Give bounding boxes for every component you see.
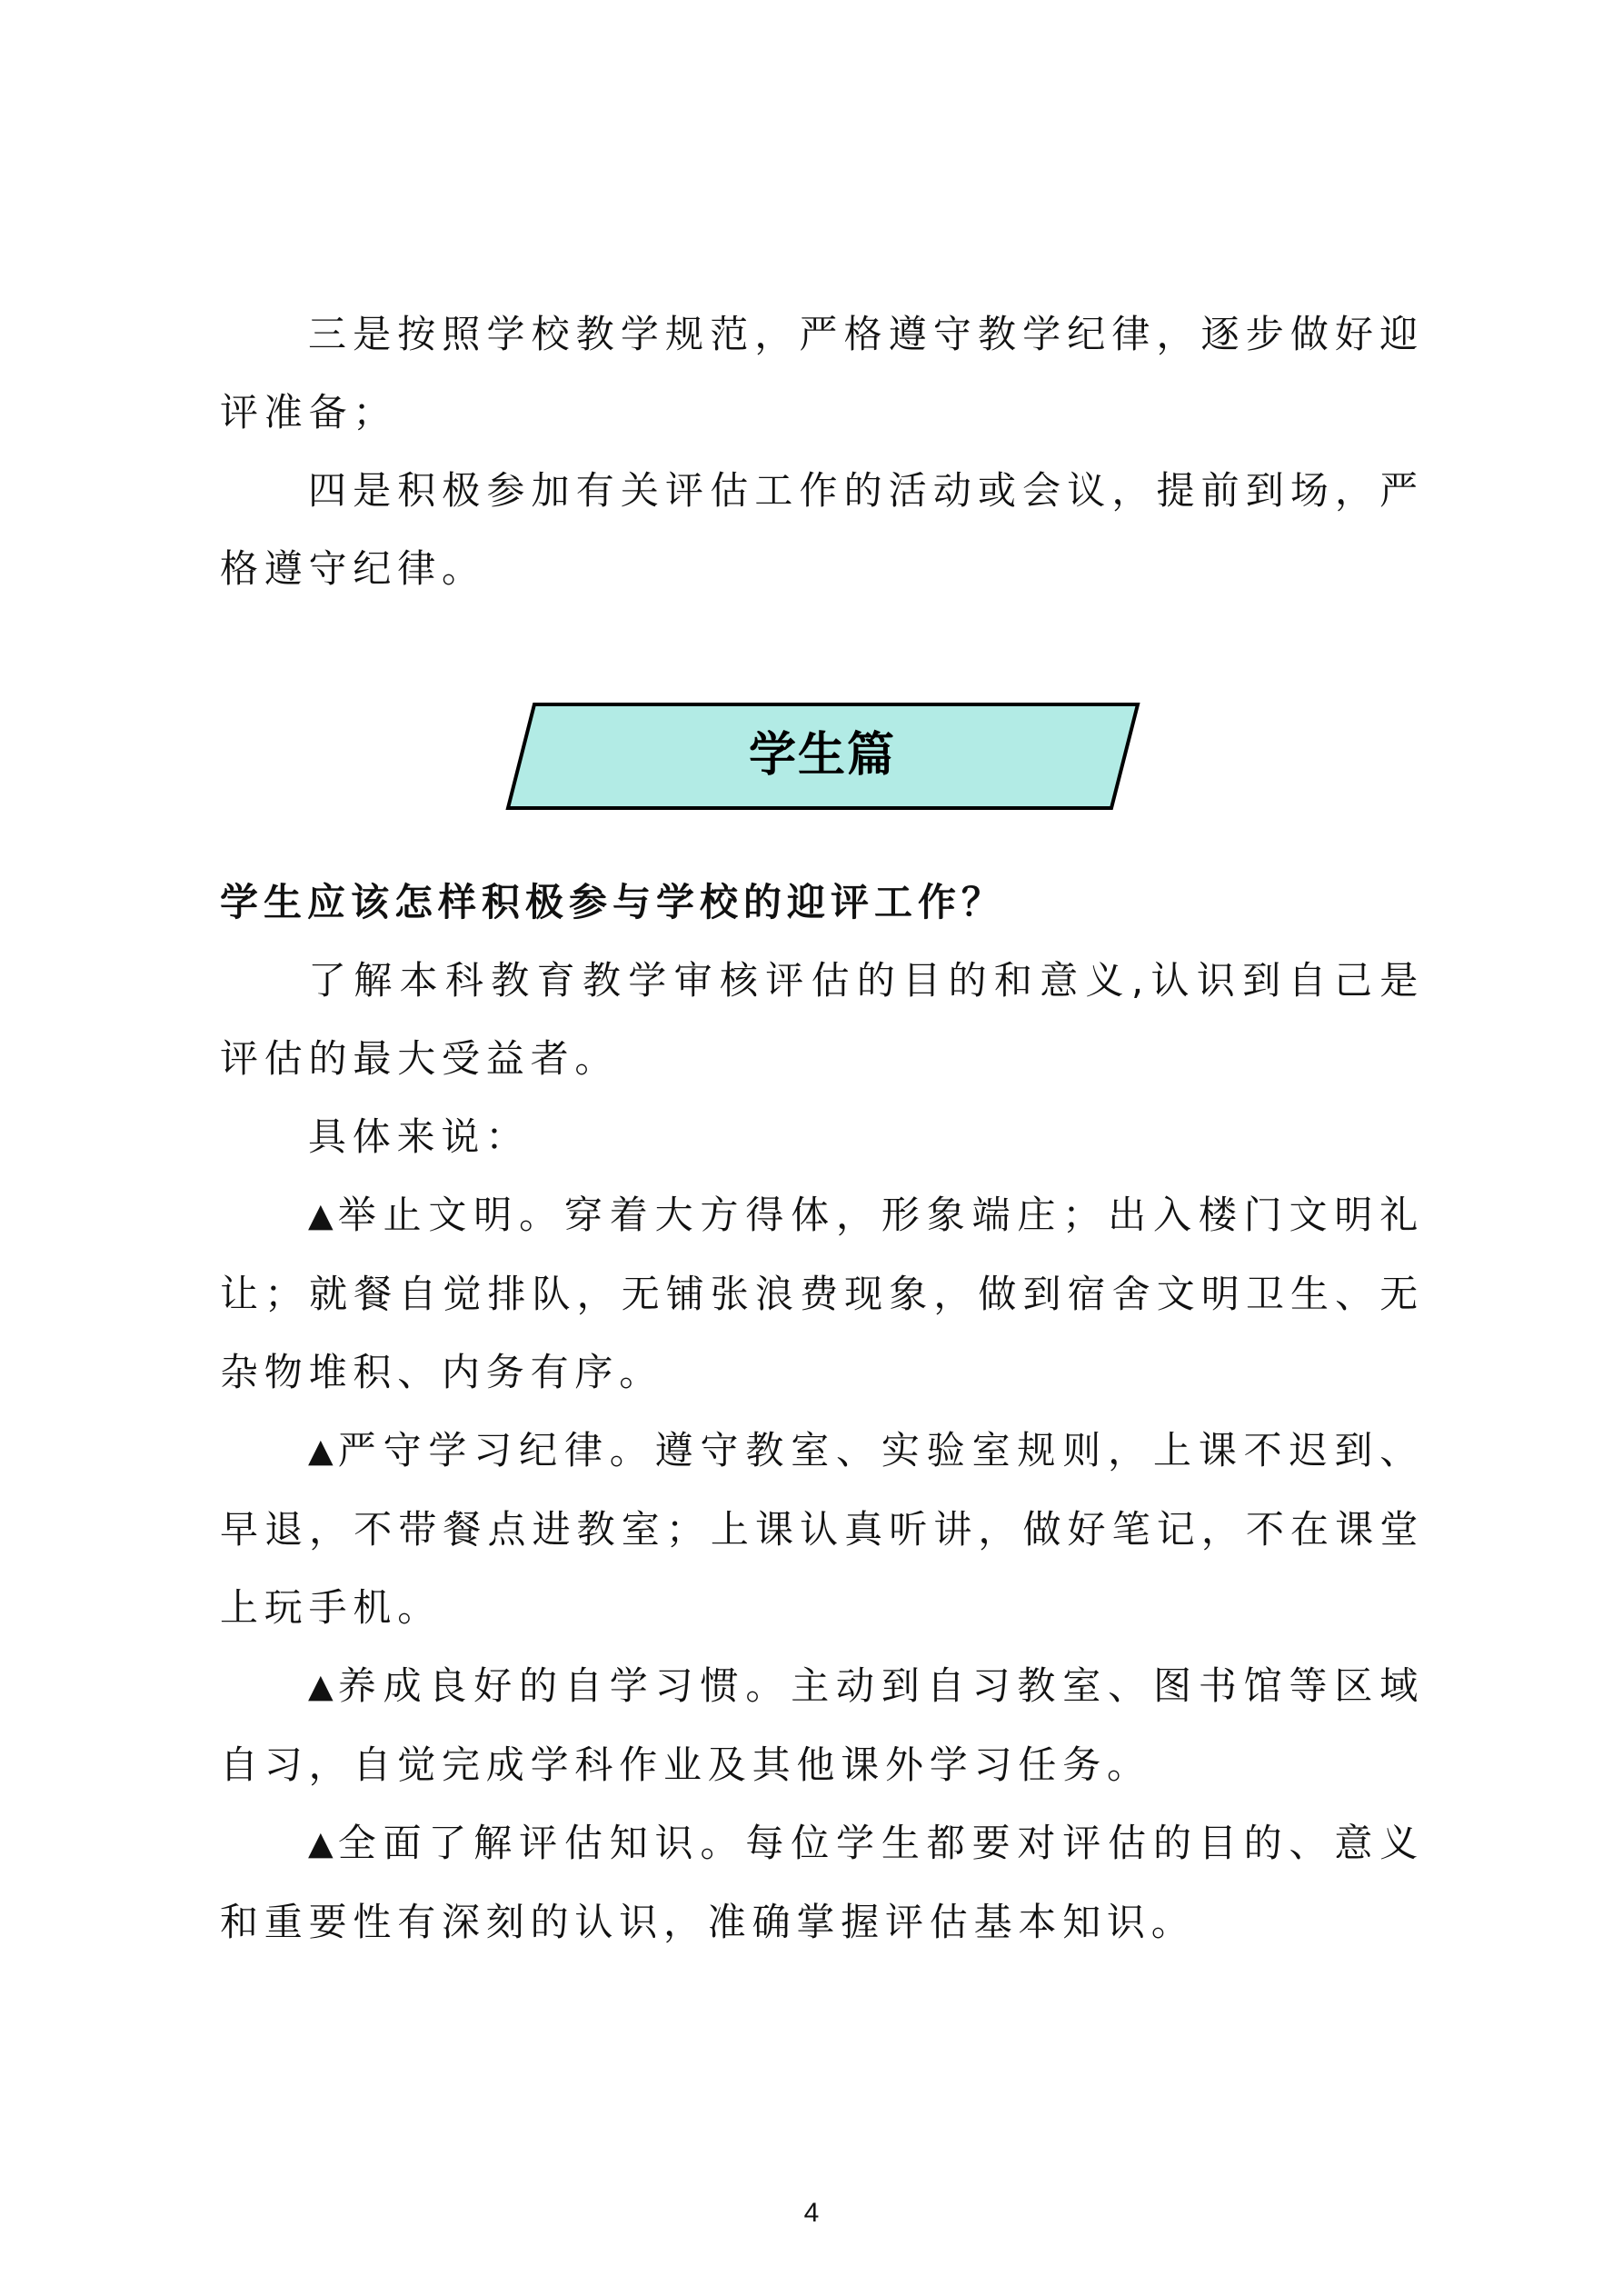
triangle-bullet-icon: ▲ xyxy=(308,1197,334,1234)
triangle-bullet-icon: ▲ xyxy=(308,1825,334,1862)
question-heading: 学生应该怎样积极参与学校的迎评工作？ xyxy=(220,863,1424,942)
bullet-text: 严守学习纪律。遵守教室、实验室规则，上课不迟到、早退，不带餐点进教室；上课认真听… xyxy=(220,1428,1424,1630)
paragraph-item-three: 三是按照学校教学规范，严格遵守教学纪律，逐步做好迎评准备； xyxy=(220,295,1424,452)
student-section-body: 学生应该怎样积极参与学校的迎评工作？ 了解本科教育教学审核评估的目的和意义,认识… xyxy=(220,863,1424,1962)
triangle-bullet-icon: ▲ xyxy=(308,1668,334,1705)
bullet-item-manners: ▲举止文明。穿着大方得体，形象端庄；出入楼门文明礼让；就餐自觉排队，无铺张浪费现… xyxy=(220,1176,1424,1412)
bullet-item-knowledge: ▲全面了解评估知识。每位学生都要对评估的目的、意义和重要性有深刻的认识，准确掌握… xyxy=(220,1804,1424,1962)
bullet-item-discipline: ▲严守学习纪律。遵守教室、实验室规则，上课不迟到、早退，不带餐点进教室；上课认真… xyxy=(220,1412,1424,1647)
page-number: 4 xyxy=(0,2198,1623,2229)
bullet-text: 全面了解评估知识。每位学生都要对评估的目的、意义和重要性有深刻的认识，准确掌握评… xyxy=(220,1821,1424,1944)
bullet-text: 养成良好的自学习惯。主动到自习教室、图书馆等区域自习，自觉完成学科作业及其他课外… xyxy=(220,1663,1424,1787)
lead-paragraph: 具体来说： xyxy=(220,1098,1424,1176)
teacher-section-tail: 三是按照学校教学规范，严格遵守教学纪律，逐步做好迎评准备； 四是积极参加有关评估… xyxy=(220,295,1424,608)
document-page: 三是按照学校教学规范，严格遵守教学纪律，逐步做好迎评准备； 四是积极参加有关评估… xyxy=(0,0,1623,2296)
section-title: 学生篇 xyxy=(504,702,1140,811)
intro-paragraph: 了解本科教育教学审核评估的目的和意义,认识到自己是评估的最大受益者。 xyxy=(220,942,1424,1098)
triangle-bullet-icon: ▲ xyxy=(308,1433,334,1470)
section-banner: 学生篇 xyxy=(504,702,1140,811)
paragraph-item-four: 四是积极参加有关评估工作的活动或会议，提前到场，严格遵守纪律。 xyxy=(220,452,1424,608)
bullet-item-self-study: ▲养成良好的自学习惯。主动到自习教室、图书馆等区域自习，自觉完成学科作业及其他课… xyxy=(220,1647,1424,1804)
bullet-text: 举止文明。穿着大方得体，形象端庄；出入楼门文明礼让；就餐自觉排队，无铺张浪费现象… xyxy=(220,1193,1424,1394)
